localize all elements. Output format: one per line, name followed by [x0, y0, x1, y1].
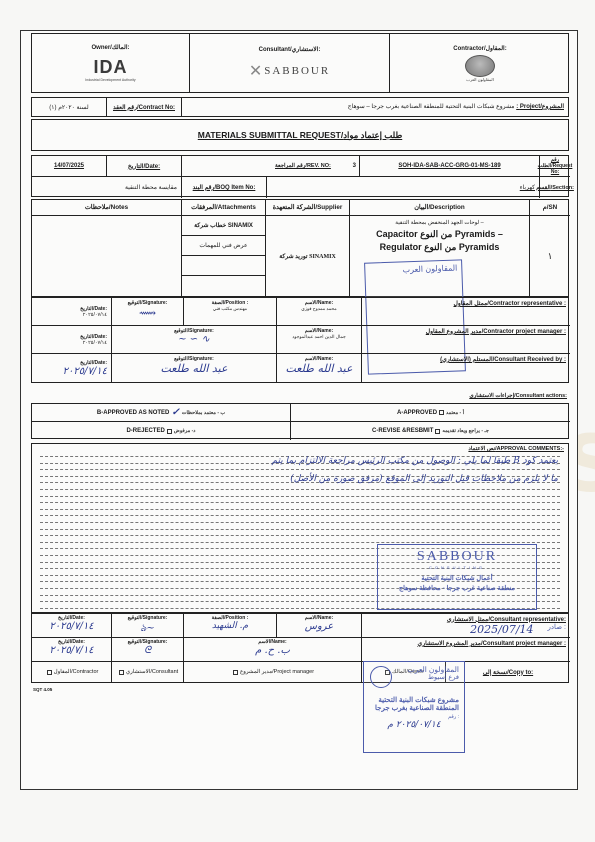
checkbox-icon: [233, 670, 238, 675]
sabbour-stamp: SABBOUR CONSULTING أعمال شبكات البنية ال…: [377, 544, 537, 610]
checkbox-icon: [435, 429, 440, 434]
consultant-rep-name-cell: الاسم/Name: عروس: [277, 614, 362, 638]
boq-label: رقم البند/BOQ Item No:: [182, 177, 267, 198]
project-value: مشروع شبكات البنية التحتية للمنطقة الصنا…: [348, 104, 515, 110]
description-line-2: Capacitor من النوع Pyramids –: [376, 229, 503, 240]
consultant-rep-position: م. الشهيد: [212, 621, 248, 631]
consultant-pm-signature-cell[interactable]: التوقيع/Signature: ᘓ: [112, 638, 184, 662]
header-description: البيان/Description: [350, 200, 530, 216]
row-attachment-3: [182, 256, 266, 276]
copy-project-manager[interactable]: مدير المشروع/Project manager: [184, 662, 362, 682]
comment-rule-line: [40, 496, 560, 497]
contractor-pm-date: ٢٠٢٥/٠٧/١٤: [83, 340, 107, 346]
comment-rule-line: [40, 522, 560, 523]
description-line-3: Regulator من النوع Pyramids: [380, 242, 500, 253]
comment-rule-line: [40, 542, 560, 543]
title-row: MATERIALS SUBMITTAL REQUEST/طلب إعتماد م…: [31, 119, 569, 151]
rev-field: 3: [182, 156, 360, 177]
received-date: ٢٠٢٥/٧/١٤: [63, 366, 107, 377]
row-sn: ١: [530, 216, 570, 296]
owner-label: Owner/المالك:: [91, 44, 129, 51]
copy-consultant[interactable]: الاستشاري/Consultant: [112, 662, 184, 682]
submittal-form: Owner/المالك: IDA Industrial Development…: [20, 30, 578, 790]
contract-value: (١) لسنة ٢٠٢٠م: [32, 98, 107, 116]
consultant-rep-signature: ঌ~: [140, 621, 154, 638]
boq-value: مقايسة محطة التنقية: [32, 177, 182, 198]
contractor-project-stamp: المقاولون العرب فرع أسيوط مشروع شبكات ال…: [363, 661, 465, 753]
comment-rule-line: [40, 509, 560, 510]
contractor-pm-label: مدير المشروع المقاول/Contractor project …: [362, 326, 570, 354]
received-label: المستلم (الاستشاري)/Consultant Received …: [362, 354, 570, 382]
project-label: المشروع/Project :: [516, 104, 564, 110]
consultant-rep-label: ممثل الاستشاري/Consultant representative…: [447, 616, 566, 623]
row-supplier: توريد شركة SINAMIX: [266, 216, 350, 296]
contractor-rep-name: محمد ممدوح فوزي: [301, 306, 336, 312]
row-attachment-4: [182, 276, 266, 296]
comment-rule-line: [40, 529, 560, 530]
consultant-cell: Consultant/الاستشاري: ✕ SABBOUR: [190, 34, 390, 92]
contractor-rep-position: مهندس مكتب فني: [213, 306, 247, 312]
option-rejected[interactable]: D-REJECTED د- مرفوض: [32, 422, 291, 440]
option-revise-resubmit[interactable]: C-REVISE &RESBMIT جـ - يراجع ويعاد تقديم…: [291, 422, 570, 440]
contractor-pm-date-cell: التاريخ/Date: ٢٠٢٥/٠٧/١٤: [32, 326, 112, 354]
consultant-pm-date: ٢٠٢٥/٧/١٤: [49, 645, 93, 656]
stamp-date: ٢٠٢٥/٠٧/١٤ م: [369, 720, 459, 731]
approval-comments: نص الاعتماد/APPROVAL COMMENTS:- يعتمد كو…: [31, 443, 569, 613]
consultant-rep-signature-cell[interactable]: التوقيع/Signature: ঌ~: [112, 614, 184, 638]
contractor-rep-date-cell: التاريخ/Date: ٢٠٢٥/٠٧/١٤: [32, 298, 112, 326]
contract-label: رقم العقد/Contract No:: [107, 98, 182, 116]
header-attachments: المرفقات/Attachments: [182, 200, 266, 216]
checkbox-icon: [439, 410, 444, 415]
rev-value: 3: [353, 163, 356, 169]
contractor-signoff: التاريخ/Date: ٢٠٢٥/٠٧/١٤ التوقيع/Signatu…: [31, 297, 569, 383]
contractor-label: Contractor/المقاول:: [453, 45, 506, 52]
comment-line-1: يعتمد كود B طبقا لما يلي : الوصول من مكت…: [272, 456, 558, 466]
consultant-rep-date-cell: التاريخ/Date: ٢٠٢٥/٧/١٤: [32, 614, 112, 638]
section-label: القسم/Section:: [540, 177, 570, 198]
consultant-label: Consultant/الاستشاري:: [259, 46, 321, 53]
contractor-rep-signature-cell[interactable]: التوقيع/Signature: ⟿: [112, 298, 184, 326]
request-label: رقم الطلب/Request No:: [540, 156, 570, 177]
checkmark-icon: ✓: [171, 407, 179, 418]
option-approved-as-noted[interactable]: B-APPROVED AS NOTED ✓ ب - معتمد بملاحظات: [32, 404, 291, 422]
comment-rule-line: [40, 515, 560, 516]
consultant-pm-name-cell: الاسم/Name: ب. ح. م: [184, 638, 362, 662]
contractor-rep-label: ممثل المقاول/Contractor representative :: [362, 298, 570, 326]
contractor-pm-name: جمال الدين احمد عبدالموجود: [292, 334, 346, 340]
checkbox-icon: [119, 670, 124, 675]
consultant-rep-position-cell: الصفة/Position : م. الشهيد: [184, 614, 277, 638]
project-row: المشروع/Project : مشروع شبكات البنية الت…: [31, 97, 569, 117]
comment-rule-line: [40, 502, 560, 503]
consultant-pm-date-cell: التاريخ/Date: ٢٠٢٥/٧/١٤: [32, 638, 112, 662]
copy-contractor[interactable]: المقاول/Contractor: [32, 662, 112, 682]
consultant-actions-label: إجراءات الاستشاري/Consultant actions:: [469, 393, 567, 399]
contractor-logo-text: المقاولون العرب: [466, 77, 493, 82]
approval-comments-label: نص الاعتماد/APPROVAL COMMENTS:-: [468, 446, 564, 452]
form-code: SQT 4.05: [33, 687, 52, 692]
header-supplier: الشركة المتعهدة/Supplier: [266, 200, 350, 216]
rev-label: رقم المراجعة/REV. NO:: [275, 163, 331, 169]
received-date-cell: التاريخ/Date: ٢٠٢٥/٧/١٤: [32, 354, 112, 382]
consultant-pm-signature: ᘓ: [144, 645, 151, 656]
received-name-cell: الاسم/Name: عبد الله طلعت: [277, 354, 362, 382]
owner-cell: Owner/المالك: IDA Industrial Development…: [32, 34, 190, 92]
option-approved[interactable]: A-APPROVED أ - معتمد: [291, 404, 570, 422]
received-name: عبد الله طلعت: [285, 362, 352, 375]
contractor-pm-signature-cell[interactable]: التوقيع/Signature: ~ ∽ ∿: [112, 326, 277, 354]
project-field: المشروع/Project : مشروع شبكات البنية الت…: [348, 103, 564, 110]
form-title: MATERIALS SUBMITTAL REQUEST/طلب إعتماد م…: [198, 130, 402, 141]
ida-logo-sub: Industrial Development Authority: [85, 78, 135, 82]
contractor-rep-signature: ⟿: [139, 306, 156, 320]
consultant-signoff: التاريخ/Date: ٢٠٢٥/٧/١٤ التوقيع/Signatur…: [31, 613, 569, 683]
section-value: كهرباء: [267, 177, 540, 198]
received-signature-cell[interactable]: التوقيع/Signature: عبد الله طلعت: [112, 354, 277, 382]
comment-rule-line: [40, 535, 560, 536]
row-attachment-2: عرض فني للمهمات: [182, 236, 266, 256]
request-value: SOH-IDA-SAB-ACC-GRG-01-MS-189: [360, 156, 540, 177]
row-attachment-1: خطاب شركة SINAMIX: [182, 216, 266, 236]
arab-contractors-logo-icon: [465, 55, 495, 77]
header-sn: م/SN: [530, 200, 570, 216]
items-table: ملاحظات/Notes المرفقات/Attachments الشرك…: [31, 199, 569, 297]
header-logos: Owner/المالك: IDA Industrial Development…: [31, 33, 569, 93]
contractor-pm-name-cell: الاسم/Name: جمال الدين احمد عبدالموجود: [277, 326, 362, 354]
date-value: 14/07/2025: [32, 156, 107, 177]
comment-rule-line: [40, 489, 560, 490]
received-date-stamp: 2025/07/14 صادر :: [470, 623, 566, 636]
sabbour-x-icon: ✕: [249, 61, 262, 81]
request-info: 14/07/2025 التاريخ/Date: 3 رقم المراجعة/…: [31, 155, 569, 197]
consultant-rep-cell: ممثل الاستشاري/Consultant representative…: [362, 614, 570, 638]
date-label: التاريخ/Date:: [107, 156, 182, 177]
contractor-seal-icon: [370, 666, 392, 688]
description-line-1: لوحات الجهد المنخفض بمحطة التنقية –: [395, 220, 483, 226]
received-signature: عبد الله طلعت: [160, 362, 227, 375]
row-notes: [32, 216, 182, 296]
comment-rule-line: [40, 469, 560, 470]
header-notes: ملاحظات/Notes: [32, 200, 182, 216]
consultant-actions: B-APPROVED AS NOTED ✓ ب - معتمد بملاحظات…: [31, 403, 569, 439]
consultant-pm-label: مدير المشروع الاستشاري/Consultant projec…: [362, 638, 570, 662]
consultant-rep-date: ٢٠٢٥/٧/١٤: [49, 621, 93, 632]
contractor-rep-position-cell: الصفة/Position : مهندس مكتب فني: [184, 298, 277, 326]
consultant-pm-name: ب. ح. م: [255, 645, 290, 656]
comment-line-2: ما لا يلزم من ملاحظات قبل التوريد إلى ال…: [290, 474, 558, 484]
sabbour-logo: SABBOUR: [264, 65, 330, 77]
checkbox-icon: [47, 670, 52, 675]
contractor-rep-date: ٢٠٢٥/٠٧/١٤: [83, 312, 107, 318]
contractor-cell: Contractor/المقاول: المقاولون العرب: [390, 34, 570, 92]
contractor-rep-name-cell: الاسم/Name: محمد ممدوح فوزي: [277, 298, 362, 326]
ida-logo: IDA: [94, 57, 128, 78]
consultant-rep-name: عروس: [305, 621, 334, 632]
checkbox-icon: [167, 429, 172, 434]
contractor-pm-signature: ~ ∽ ∿: [178, 334, 210, 345]
